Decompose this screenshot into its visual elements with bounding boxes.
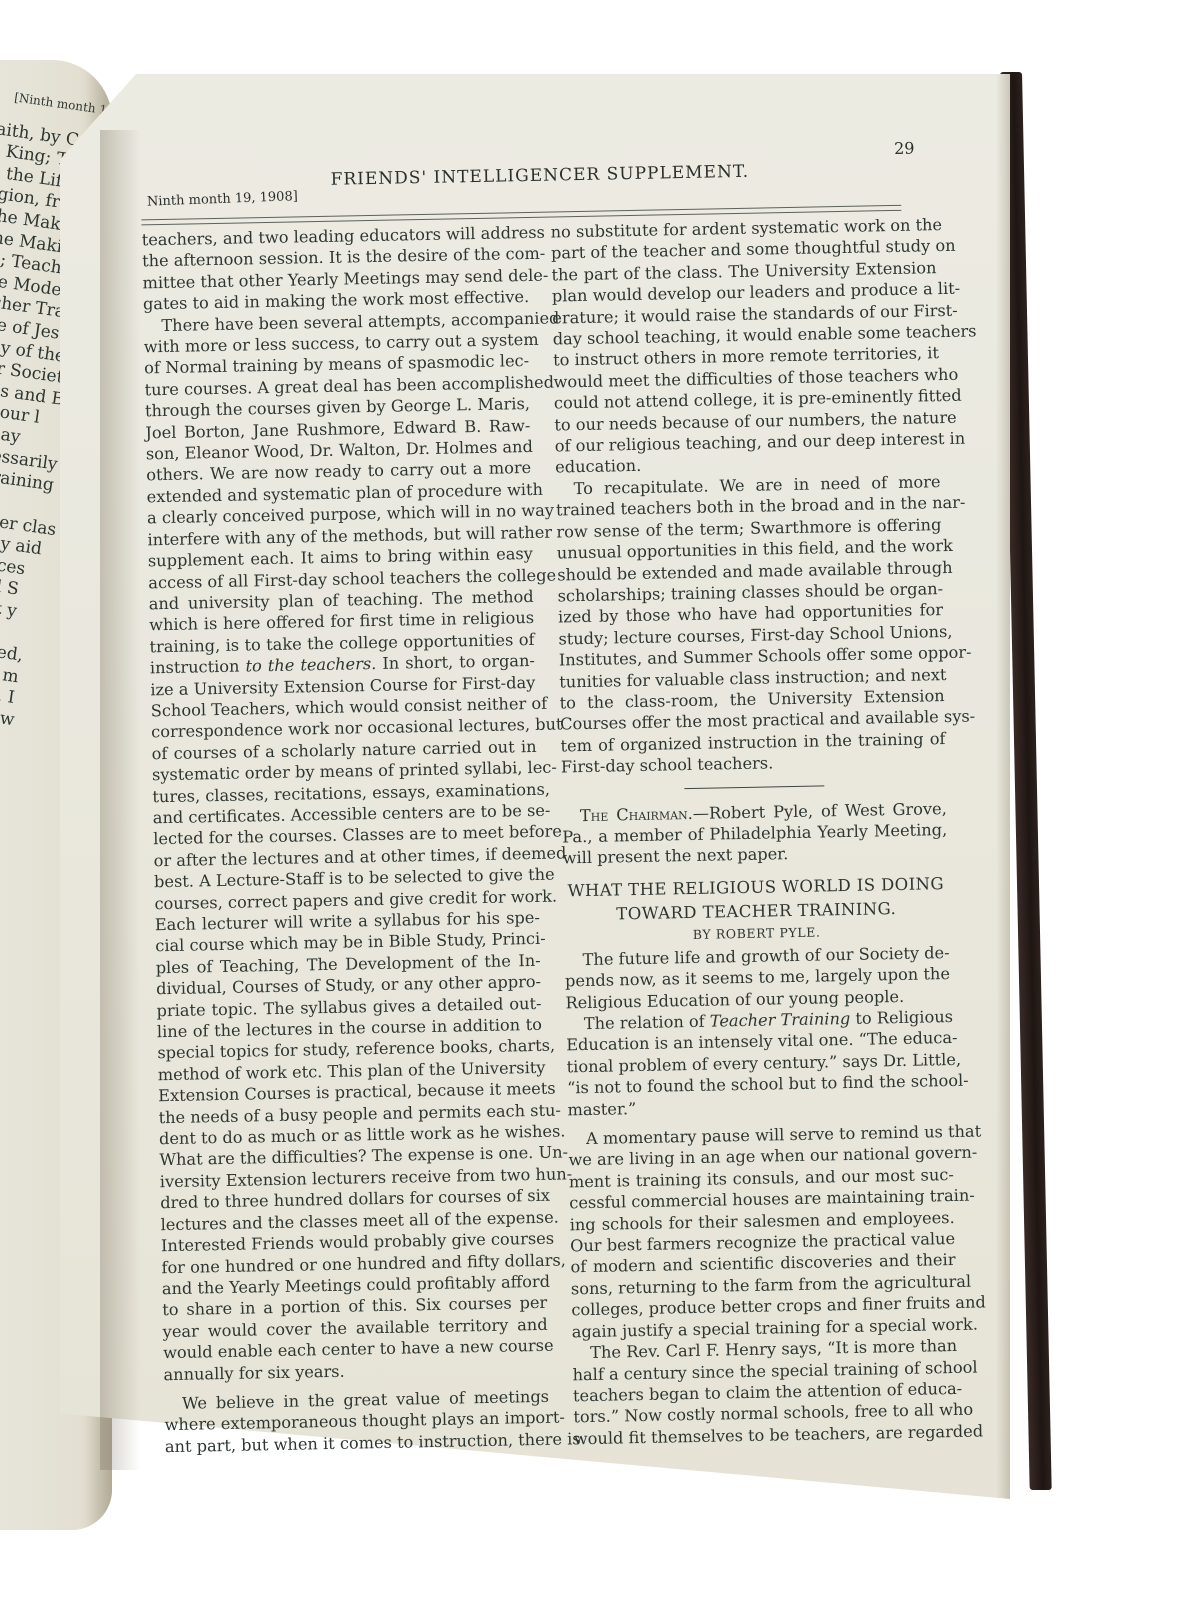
chairman-note: The Chairman.—Robert Pyle, of West Grove…: [562, 798, 948, 870]
article-title: WHAT THE RELIGIOUS WORLD IS DOING TOWARD…: [563, 872, 949, 927]
facing-page-fragments-middle: d summer clasnaterially aid very succesn…: [0, 503, 62, 1077]
right-column: no substitute for ardent systematic work…: [542, 214, 959, 1449]
issue-date: Ninth month 19, 1908]: [147, 189, 298, 210]
emphasis: Teacher Training: [710, 1009, 851, 1031]
text-columns: teachers, and two leading educators will…: [142, 214, 945, 1457]
page-content: Ninth month 19, 1908] FRIENDS' INTELLIGE…: [110, 133, 1014, 1390]
right-column-closing-text: no substitute for ardent systematic work…: [550, 214, 946, 778]
emphasis: to the teachers.: [245, 654, 376, 676]
publication-title: FRIENDS' INTELLIGENCER SUPPLEMENT.: [330, 162, 749, 190]
section-rule: [684, 785, 824, 789]
article-body: The future life and growth of our Societ…: [564, 942, 959, 1450]
left-column: teachers, and two leading educators will…: [142, 222, 561, 1458]
page-number: 29: [894, 139, 915, 158]
chairman-label: The Chairman.: [580, 803, 693, 824]
